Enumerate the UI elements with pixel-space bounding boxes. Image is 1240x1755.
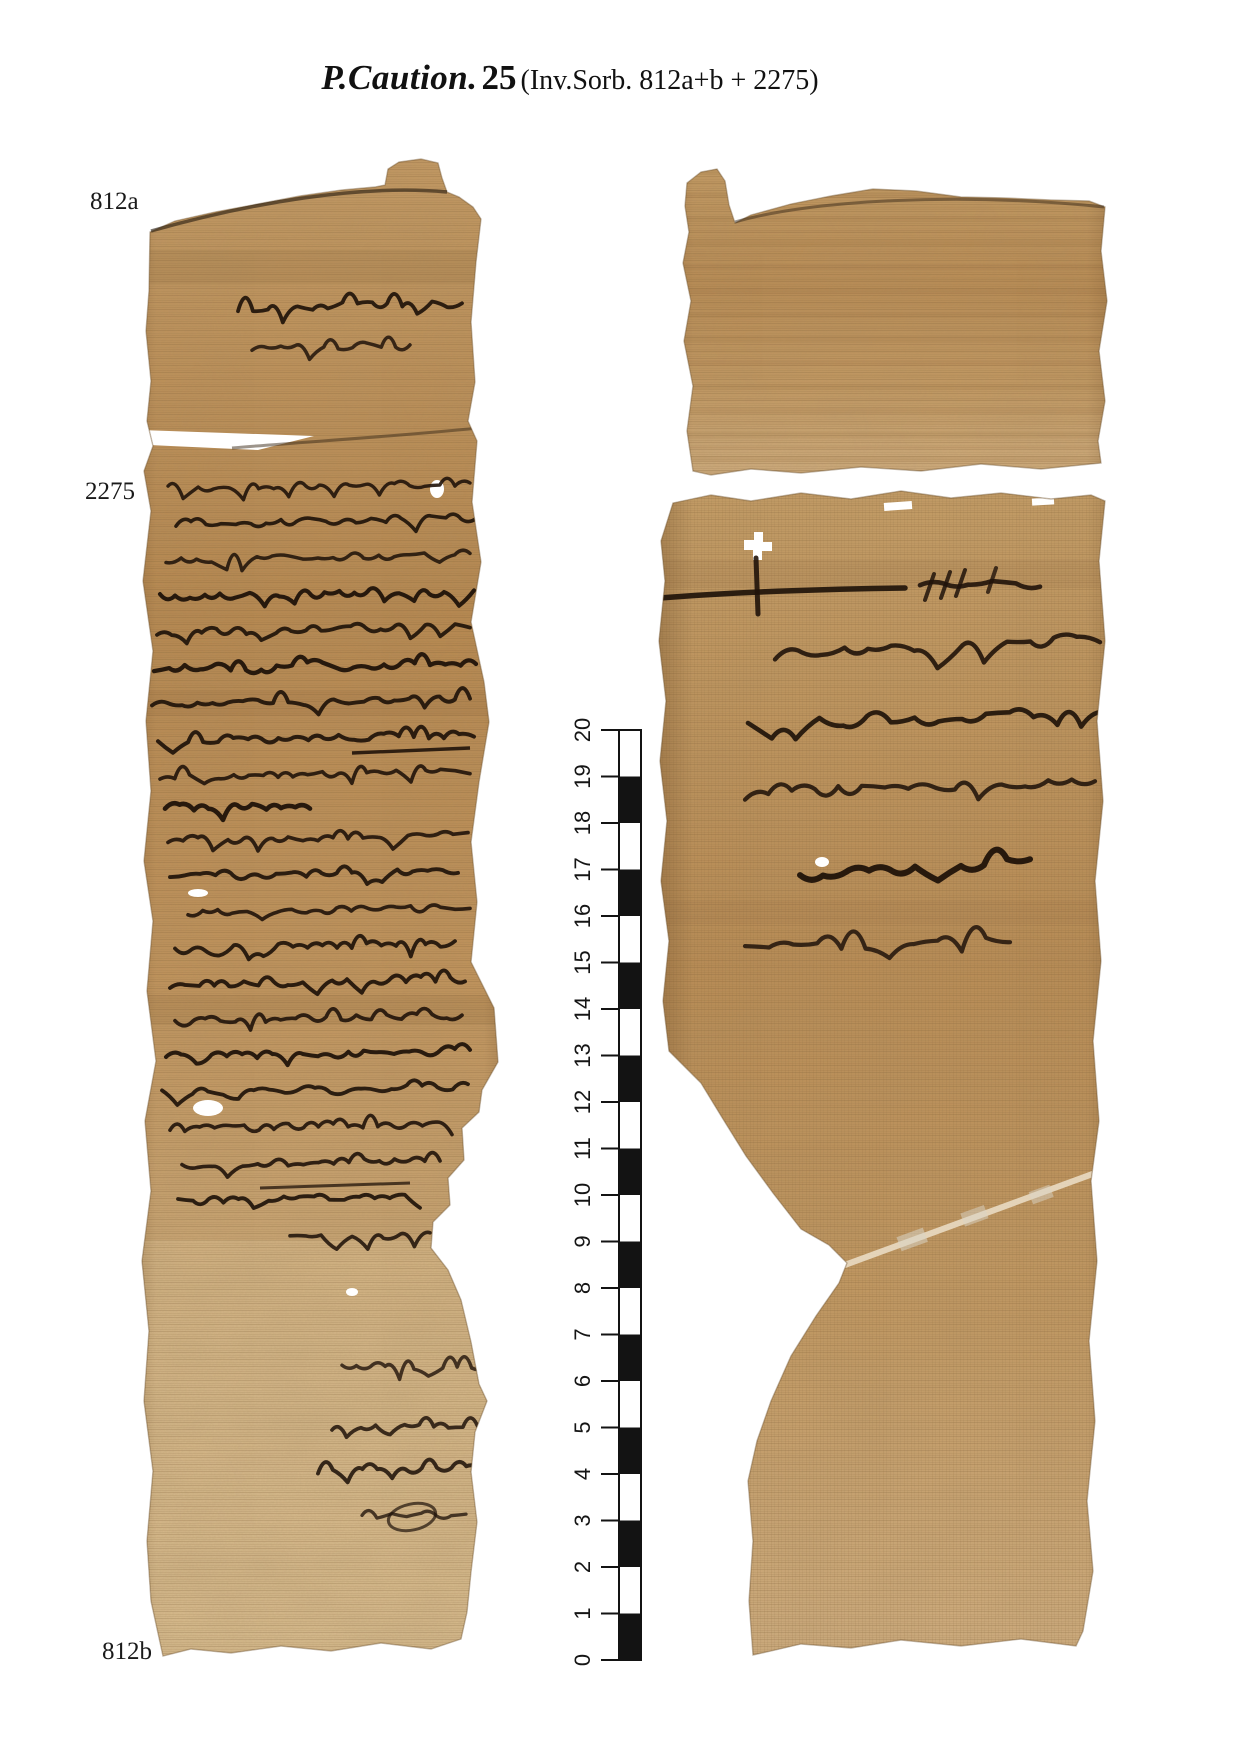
- papyrus-plate-photo: 01234567891011121314151617181920: [0, 0, 1240, 1755]
- ruler-number: 15: [570, 950, 595, 974]
- papyrus-hole: [193, 1100, 223, 1116]
- ruler-number: 14: [570, 997, 595, 1021]
- papyrus-hole: [815, 857, 829, 867]
- ruler-number: 8: [570, 1282, 595, 1294]
- ruler-number: 19: [570, 764, 595, 788]
- ruler-number: 10: [570, 1183, 595, 1207]
- ruler-number: 18: [570, 811, 595, 835]
- plate-page: P.Caution. 25 (Inv.Sorb. 812a+b + 2275) …: [0, 0, 1240, 1755]
- papyrus-hole: [188, 889, 208, 897]
- papyrus-hole: [346, 1288, 358, 1296]
- papyrus-strip-recto: [120, 150, 520, 1680]
- ruler-number: 9: [570, 1235, 595, 1247]
- ruler-number: 1: [570, 1607, 595, 1619]
- ruler-number: 11: [570, 1137, 595, 1160]
- ruler-number: 20: [570, 718, 595, 742]
- ruler-number: 2: [570, 1561, 595, 1573]
- ruler-number: 7: [570, 1328, 595, 1340]
- ruler-number: 4: [570, 1468, 595, 1480]
- ruler-number: 13: [570, 1043, 595, 1067]
- ruler-number: 12: [570, 1090, 595, 1114]
- papyrus-strip-verso: [650, 150, 1130, 1680]
- ruler-number: 0: [570, 1654, 595, 1666]
- ruler-number: 3: [570, 1514, 595, 1526]
- ruler-number: 16: [570, 904, 595, 928]
- scale-ruler: 01234567891011121314151617181920: [570, 718, 641, 1666]
- ruler-number: 5: [570, 1421, 595, 1433]
- ruler-number: 6: [570, 1375, 595, 1387]
- ruler-number: 17: [570, 857, 595, 881]
